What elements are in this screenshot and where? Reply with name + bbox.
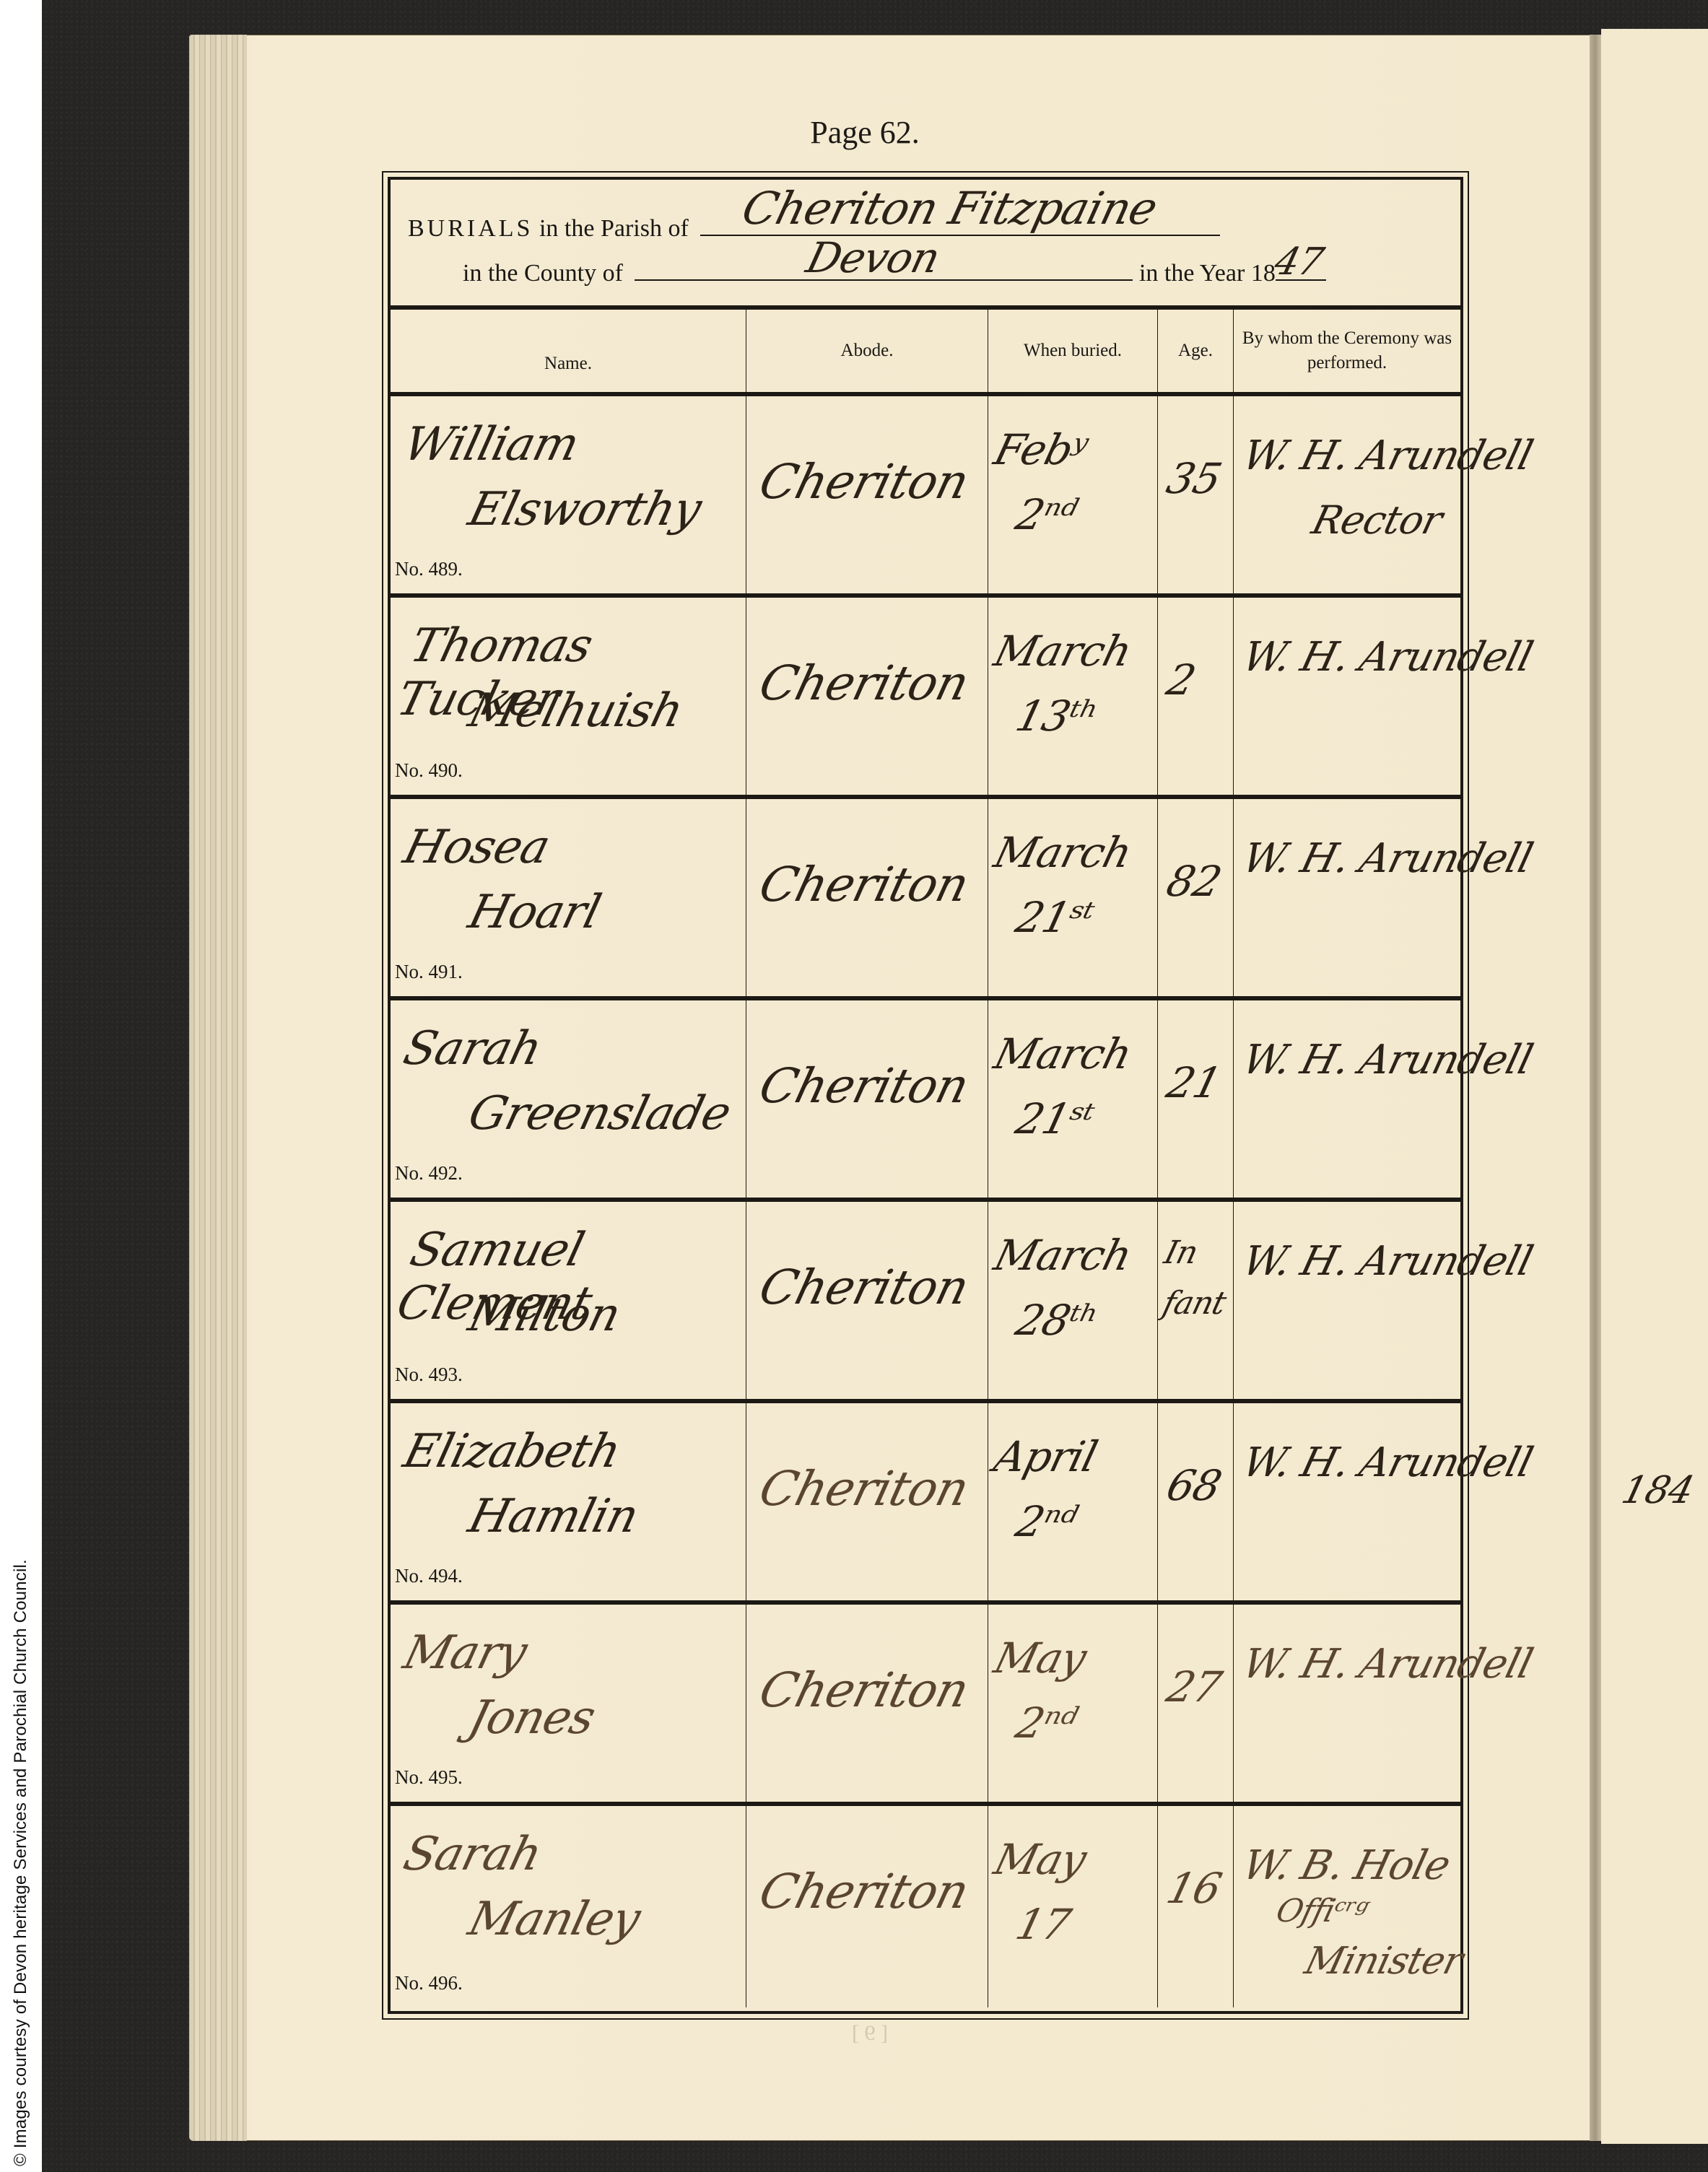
officiant-title: Rector: [1307, 497, 1447, 543]
burial-entry: Elizabeth Hamlin No. 494. Cheriton April…: [391, 1403, 1460, 1605]
credit-strip: © Images courtesy of Devon heritage Serv…: [0, 0, 42, 2172]
column-header-officiant: By whom the Ceremony was performed.: [1234, 310, 1460, 392]
entry-number: No. 492.: [395, 1162, 463, 1185]
abode-cell: Cheriton: [746, 1403, 988, 1600]
burial-entry: Mary Jones No. 495. Cheriton May 2ⁿᵈ 27 …: [391, 1605, 1460, 1806]
when-buried-cell: March 21ˢᵗ: [988, 799, 1158, 996]
burial-register-table: BURIALS in the Parish of Cheriton Fitzpa…: [388, 177, 1463, 2014]
age-cell: 21: [1158, 1000, 1234, 1198]
when-buried-cell: March 21ˢᵗ: [988, 1000, 1158, 1198]
page-number-title: Page 62.: [0, 114, 1708, 151]
when-buried-cell: Febʸ 2ⁿᵈ: [988, 396, 1158, 593]
burial-day: 21ˢᵗ: [1011, 893, 1099, 942]
name-first: Hosea: [398, 821, 555, 874]
name-last: Manley: [463, 1893, 645, 1946]
entry-number: No. 491.: [395, 961, 463, 983]
book-gutter: [1590, 35, 1601, 2141]
abode-cell: Cheriton: [746, 799, 988, 996]
abode-cell: Cheriton: [746, 1202, 988, 1399]
age-value: 82: [1162, 857, 1226, 906]
age-cell: In fant: [1158, 1202, 1234, 1399]
burial-entry: William Elsworthy No. 489. Cheriton Febʸ…: [391, 396, 1460, 598]
entry-number: No. 493.: [395, 1364, 463, 1386]
name-first: Mary: [398, 1626, 532, 1680]
age-cell: 68: [1158, 1403, 1234, 1600]
name-cell: Hosea Hoarl No. 491.: [391, 799, 746, 996]
abode-value: Cheriton: [754, 1058, 974, 1114]
year-label: in the Year 18: [1139, 260, 1276, 287]
burial-month: March: [990, 828, 1136, 877]
officiant-name: W. H. Arundell: [1238, 1037, 1537, 1083]
when-buried-cell: May 2ⁿᵈ: [988, 1605, 1158, 1802]
officiant-title: Minister: [1301, 1940, 1467, 1983]
abode-value: Cheriton: [754, 1864, 974, 1919]
year-value: 47: [1270, 240, 1327, 284]
entry-number: No. 495.: [395, 1766, 463, 1789]
column-header-when-buried: When buried.: [988, 310, 1158, 392]
abode-value: Cheriton: [754, 1260, 974, 1315]
image-credit: © Images courtesy of Devon heritage Serv…: [11, 8, 31, 2166]
name-cell: Elizabeth Hamlin No. 494.: [391, 1403, 746, 1600]
column-header-age: Age.: [1158, 310, 1234, 392]
burial-month: Febʸ: [990, 425, 1092, 474]
officiant-name: W. H. Arundell: [1238, 1641, 1537, 1688]
name-first: Sarah: [398, 1022, 546, 1076]
name-cell: William Elsworthy No. 489.: [391, 396, 746, 593]
abode-value: Cheriton: [754, 454, 974, 510]
name-cell: Sarah Manley No. 496.: [391, 1806, 746, 2007]
age-value: 21: [1162, 1058, 1226, 1107]
burials-label: BURIALS: [408, 215, 533, 242]
county-value: Devon: [802, 233, 945, 282]
when-buried-cell: May 17: [988, 1806, 1158, 2007]
burial-day: 2ⁿᵈ: [1011, 1698, 1082, 1748]
burial-month: March: [990, 1231, 1136, 1280]
officiant-role: Offiᶜʳᵍ: [1273, 1893, 1372, 1929]
age-value: 2: [1162, 655, 1201, 705]
abode-value: Cheriton: [754, 857, 974, 912]
officiant-cell: W. H. Arundell: [1234, 799, 1460, 996]
county-line: in the County of Devon in the Year 18 47: [463, 259, 1326, 287]
name-last: Jones: [463, 1691, 601, 1745]
officiant-cell: W. H. Arundell Rector: [1234, 396, 1460, 593]
burial-entry: Hosea Hoarl No. 491. Cheriton March 21ˢᵗ…: [391, 799, 1460, 1000]
name-first: William: [398, 418, 584, 471]
when-buried-cell: March 13ᵗʰ: [988, 598, 1158, 795]
burial-day: 2ⁿᵈ: [1011, 490, 1082, 539]
name-first: Sarah: [398, 1828, 546, 1881]
officiant-cell: W. B. Hole Offiᶜʳᵍ Minister: [1234, 1806, 1460, 2007]
burial-month: March: [990, 627, 1136, 676]
name-cell: Mary Jones No. 495.: [391, 1605, 746, 1802]
age-value: 35: [1162, 454, 1226, 503]
year-field: 47: [1276, 259, 1326, 281]
age-cell: 16: [1158, 1806, 1234, 2007]
entry-number: No. 489.: [395, 558, 463, 580]
abode-cell: Cheriton: [746, 1806, 988, 2007]
register-heading: BURIALS in the Parish of Cheriton Fitzpa…: [391, 180, 1460, 310]
officiant-name: W. H. Arundell: [1238, 634, 1537, 681]
column-header-abode: Abode.: [746, 310, 988, 392]
parish-label: in the Parish of: [539, 215, 689, 242]
officiant-name: W. H. Arundell: [1238, 835, 1537, 882]
name-last: Hamlin: [463, 1490, 643, 1543]
name-last: Greenslade: [463, 1087, 736, 1140]
entry-number: No. 496.: [395, 1972, 463, 1994]
age-value: 27: [1162, 1662, 1226, 1711]
burial-entry: Samuel Clement Milton No. 493. Cheriton …: [391, 1202, 1460, 1403]
burial-month: April: [990, 1432, 1102, 1481]
age-value-line1: In: [1161, 1234, 1201, 1271]
officiant-cell: W. H. Arundell: [1234, 598, 1460, 795]
when-buried-cell: March 28ᵗʰ: [988, 1202, 1158, 1399]
officiant-name: W. B. Hole: [1238, 1842, 1455, 1889]
age-cell: 82: [1158, 799, 1234, 996]
burial-entry: Sarah Greenslade No. 492. Cheriton March…: [391, 1000, 1460, 1202]
name-last: Elsworthy: [463, 483, 706, 536]
officiant-cell: W. H. Arundell: [1234, 1000, 1460, 1198]
name-cell: Samuel Clement Milton No. 493.: [391, 1202, 746, 1399]
burial-entries: William Elsworthy No. 489. Cheriton Febʸ…: [391, 396, 1460, 2007]
name-last: Milton: [463, 1288, 625, 1342]
county-label: in the County of: [463, 260, 623, 287]
age-value-line2: fant: [1159, 1285, 1229, 1322]
age-value: 16: [1162, 1864, 1226, 1913]
abode-value: Cheriton: [754, 1461, 974, 1517]
officiant-cell: W. H. Arundell: [1234, 1202, 1460, 1399]
abode-cell: Cheriton: [746, 396, 988, 593]
officiant-name: W. H. Arundell: [1238, 1238, 1537, 1285]
facing-page: [1601, 29, 1708, 2144]
name-last: Hoarl: [463, 886, 606, 939]
officiant-name: W. H. Arundell: [1238, 432, 1537, 479]
burial-entry: Thomas Tucker Melhuish No. 490. Cheriton…: [391, 598, 1460, 799]
facing-page-margin-note: 184: [1618, 1469, 1698, 1512]
abode-cell: Cheriton: [746, 1605, 988, 1802]
abode-value: Cheriton: [754, 1662, 974, 1718]
abode-cell: Cheriton: [746, 598, 988, 795]
burial-month: March: [990, 1029, 1136, 1078]
age-cell: 27: [1158, 1605, 1234, 1802]
burial-day: 21ˢᵗ: [1011, 1094, 1099, 1143]
age-cell: 2: [1158, 598, 1234, 795]
officiant-cell: W. H. Arundell: [1234, 1403, 1460, 1600]
bleed-through-page-mark: [ 9 ]: [852, 2021, 888, 2046]
burial-day: 17: [1011, 1900, 1076, 1949]
name-first: Elizabeth: [398, 1425, 626, 1478]
name-last: Melhuish: [463, 684, 688, 738]
column-header-name: Name.: [391, 310, 746, 392]
burial-month: May: [990, 1634, 1092, 1683]
officiant-name: W. H. Arundell: [1238, 1439, 1537, 1486]
page-edges: [189, 35, 247, 2141]
burial-entry: Sarah Manley No. 496. Cheriton May 17 16…: [391, 1806, 1460, 2007]
entry-number: No. 494.: [395, 1565, 463, 1587]
burial-month: May: [990, 1835, 1092, 1884]
officiant-cell: W. H. Arundell: [1234, 1605, 1460, 1802]
age-value: 68: [1162, 1461, 1226, 1510]
abode-value: Cheriton: [754, 655, 974, 711]
entry-number: No. 490.: [395, 759, 463, 782]
age-cell: 35: [1158, 396, 1234, 593]
column-header-row: Name. Abode. When buried. Age. By whom t…: [391, 310, 1460, 396]
burial-day: 28ᵗʰ: [1011, 1296, 1102, 1345]
parish-field: Cheriton Fitzpaine: [700, 214, 1220, 236]
burial-day: 2ⁿᵈ: [1011, 1497, 1082, 1546]
burial-day: 13ᵗʰ: [1011, 692, 1102, 741]
when-buried-cell: April 2ⁿᵈ: [988, 1403, 1158, 1600]
county-field: Devon: [635, 259, 1133, 281]
abode-cell: Cheriton: [746, 1000, 988, 1198]
name-cell: Thomas Tucker Melhuish No. 490.: [391, 598, 746, 795]
name-cell: Sarah Greenslade No. 492.: [391, 1000, 746, 1198]
parish-value: Cheriton Fitzpaine: [737, 182, 1162, 235]
